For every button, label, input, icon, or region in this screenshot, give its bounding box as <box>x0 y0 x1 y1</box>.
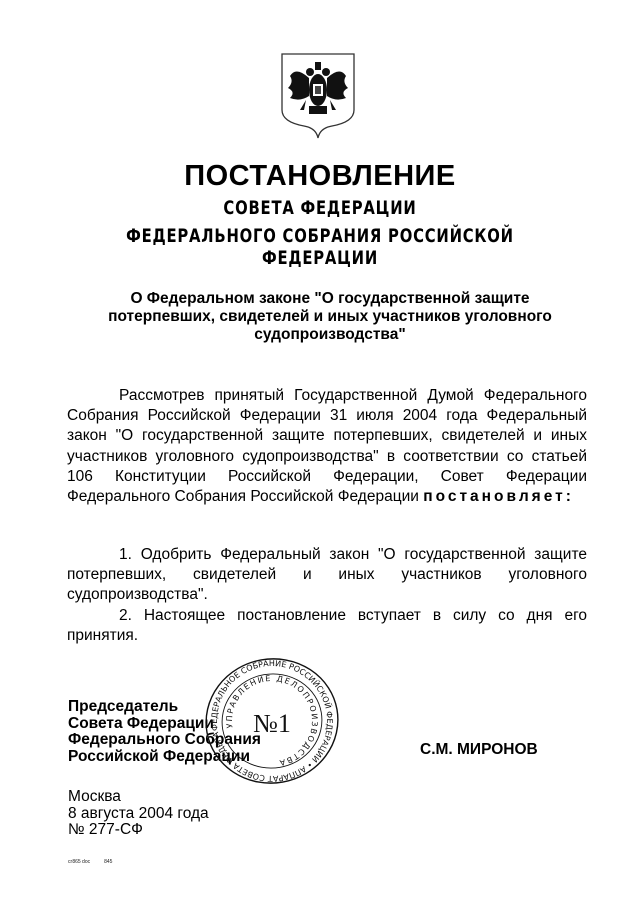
resolution-item-2: 2. Настоящее постановление вступает в си… <box>67 606 587 646</box>
document-subject: О Федеральном законе "О государственной … <box>100 290 560 344</box>
file-name: сг865 doc <box>68 859 90 865</box>
coat-of-arms-emblem <box>276 48 360 140</box>
official-stamp: ФЕДЕРАЛЬНОЕ СОБРАНИЕ РОССИЙСКОЙ ФЕДЕРАЦИ… <box>202 656 342 786</box>
issuer-line-2: ФЕДЕРАЛЬНОГО СОБРАНИЯ РОССИЙСКОЙ ФЕДЕРАЦ… <box>70 225 569 269</box>
round-seal-icon: ФЕДЕРАЛЬНОЕ СОБРАНИЕ РОССИЙСКОЙ ФЕДЕРАЦИ… <box>202 656 342 786</box>
place-and-date: Москва 8 августа 2004 года № 277-СФ <box>68 789 209 839</box>
issuer-line-1: СОВЕТА ФЕДЕРАЦИИ <box>70 197 569 219</box>
city: Москва <box>68 789 209 806</box>
svg-text:№1: №1 <box>253 709 291 738</box>
subject-line-3: судопроизводства" <box>100 326 560 344</box>
preamble-paragraph: Рассмотрев принятый Государственной Думо… <box>67 386 587 507</box>
document-title: ПОСТАНОВЛЕНИЕ <box>0 160 640 193</box>
signatory-name: С.М. МИРОНОВ <box>420 741 538 759</box>
file-footer: сг865 doc845 <box>68 859 126 865</box>
russian-coat-of-arms-icon <box>276 48 360 140</box>
resolution-items: 1. Одобрить Федеральный закон "О государ… <box>67 545 587 646</box>
resolves-word: постановляет: <box>423 488 574 505</box>
document-number: № 277-СФ <box>68 822 209 839</box>
date: 8 августа 2004 года <box>68 806 209 823</box>
subject-line-1: О Федеральном законе "О государственной … <box>100 290 560 308</box>
resolution-item-1: 1. Одобрить Федеральный закон "О государ… <box>67 545 587 606</box>
subject-line-2: потерпевших, свидетелей и иных участнико… <box>100 308 560 326</box>
file-code: 845 <box>104 859 112 865</box>
